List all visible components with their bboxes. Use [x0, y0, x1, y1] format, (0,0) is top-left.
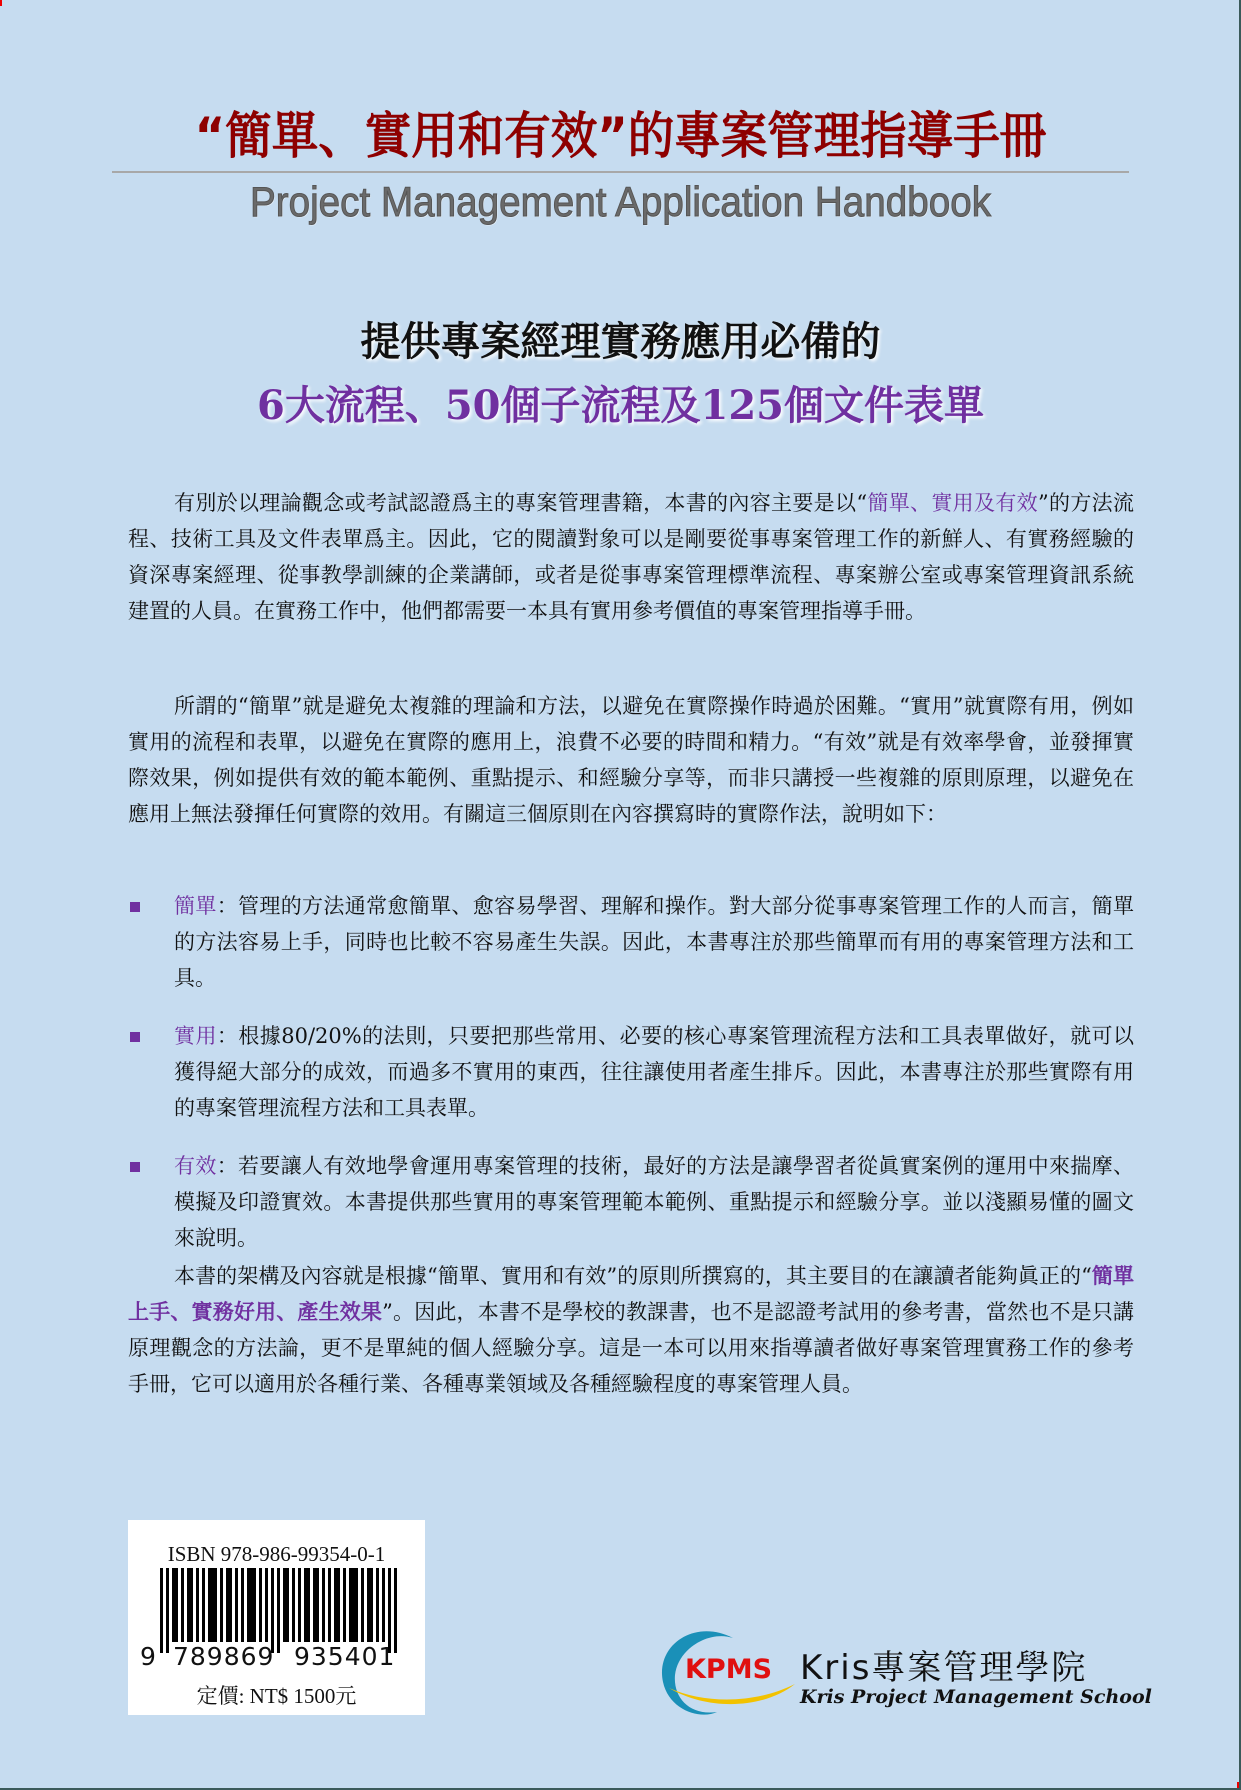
barcode-icon	[160, 1568, 400, 1653]
intro-paragraph-1: 有別於以理論觀念或考試認證爲主的專案管理書籍，本書的內容主要是以“簡單、實用及有…	[128, 485, 1134, 629]
crop-mark	[1237, 1782, 1239, 1788]
highlight-text: 簡單、實用及有效	[867, 491, 1038, 515]
intro-text: 有別於以理論觀念或考試認證爲主的專案管理書籍，本書的內容主要是以“	[174, 491, 867, 515]
principle-text: ：管理的方法通常愈簡單、愈容易學習、理解和操作。對大部分從事專案管理工作的人而言…	[174, 894, 1134, 990]
principles-list: 簡單：管理的方法通常愈簡單、愈容易學習、理解和操作。對大部分從事專案管理工作的人…	[128, 888, 1134, 1278]
principle-text: ：根據80/20%的法則，只要把那些常用、必要的核心專案管理流程方法和工具表單做…	[174, 1024, 1134, 1120]
principle-effective: 有效：若要讓人有效地學會運用專案管理的技術，最好的方法是讓學習者從眞實案例的運用…	[128, 1148, 1134, 1256]
principle-practical: 實用：根據80/20%的法則，只要把那些常用、必要的核心專案管理流程方法和工具表…	[128, 1018, 1134, 1126]
square-bullet-icon	[130, 902, 140, 912]
title-chinese: “簡單、實用和有效”的專案管理指導手冊	[43, 96, 1197, 168]
principle-key: 有效	[174, 1154, 217, 1178]
publisher-name-chinese: Kris專案管理學院	[800, 1640, 1087, 1689]
principle-key: 實用	[174, 1024, 217, 1048]
barcode-digits-left: 789869	[173, 1642, 274, 1671]
subtitle-line-2: 6大流程、50個子流程及125個文件表單	[0, 374, 1241, 431]
square-bullet-icon	[130, 1032, 140, 1042]
intro-text: 所謂的“簡單”就是避免太複雜的理論和方法，以避免在實際操作時過於困難。“實用”就…	[128, 688, 1134, 832]
isbn-barcode-block: ISBN 978-986-99354-0-1	[128, 1520, 425, 1715]
closing-paragraph: 本書的架構及內容就是根據“簡單、實用和有效”的原則所撰寫的，其主要目的在讓讀者能…	[128, 1258, 1134, 1402]
crop-mark	[0, 0, 2, 6]
square-bullet-icon	[130, 1162, 140, 1172]
principle-key: 簡單	[174, 894, 217, 918]
publisher-logo: KPMS Kris專案管理學院 Kris Project Management …	[655, 1620, 1125, 1720]
closing-text: 本書的架構及內容就是根據“簡單、實用和有效”的原則所撰寫的，其主要目的在讓讀者能…	[174, 1264, 1092, 1288]
barcode-digits-right: 935401	[294, 1642, 395, 1671]
principle-simple: 簡單：管理的方法通常愈簡單、愈容易學習、理解和操作。對大部分從事專案管理工作的人…	[128, 888, 1134, 996]
publisher-name-english: Kris Project Management School	[800, 1686, 1152, 1708]
title-english: Project Management Application Handbook	[50, 178, 1192, 226]
price-label: 定價: NT$ 1500元	[128, 1680, 425, 1710]
subtitle-line-1: 提供專案經理實務應用必備的	[0, 310, 1241, 367]
title-divider	[112, 171, 1129, 173]
barcode-digit-first: 9	[140, 1642, 156, 1671]
isbn-label: ISBN 978-986-99354-0-1	[128, 1542, 425, 1567]
principle-text: ：若要讓人有效地學會運用專案管理的技術，最好的方法是讓學習者從眞實案例的運用中來…	[174, 1154, 1134, 1250]
intro-paragraph-2: 所謂的“簡單”就是避免太複雜的理論和方法，以避免在實際操作時過於困難。“實用”就…	[128, 688, 1134, 832]
logo-acronym: KPMS	[685, 1654, 772, 1685]
back-cover: “簡單、實用和有效”的專案管理指導手冊 Project Management A…	[0, 0, 1241, 1790]
